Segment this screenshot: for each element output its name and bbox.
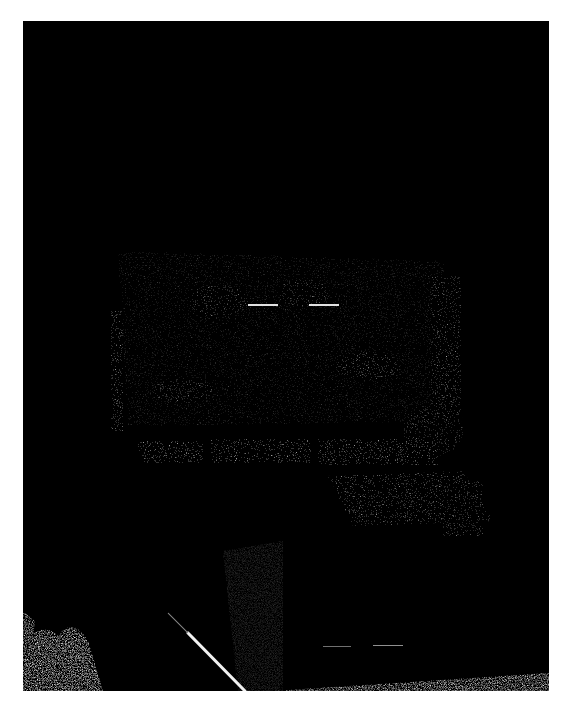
lower-wall-texture: [223, 541, 283, 691]
ground-strip: [273, 673, 549, 691]
mark-left: [248, 304, 278, 306]
left-edge: [111, 311, 123, 431]
photo-canvas: [23, 21, 549, 691]
photograph: Grainy high-contrast black and white arc…: [23, 21, 549, 691]
foliage: [23, 611, 103, 691]
right-column: [431, 276, 461, 416]
faint-mark-2: [373, 645, 403, 646]
mark-right: [309, 304, 339, 306]
stone-band-lower: [328, 471, 493, 536]
stone-band: [138, 439, 438, 465]
faint-mark-1: [323, 646, 351, 647]
